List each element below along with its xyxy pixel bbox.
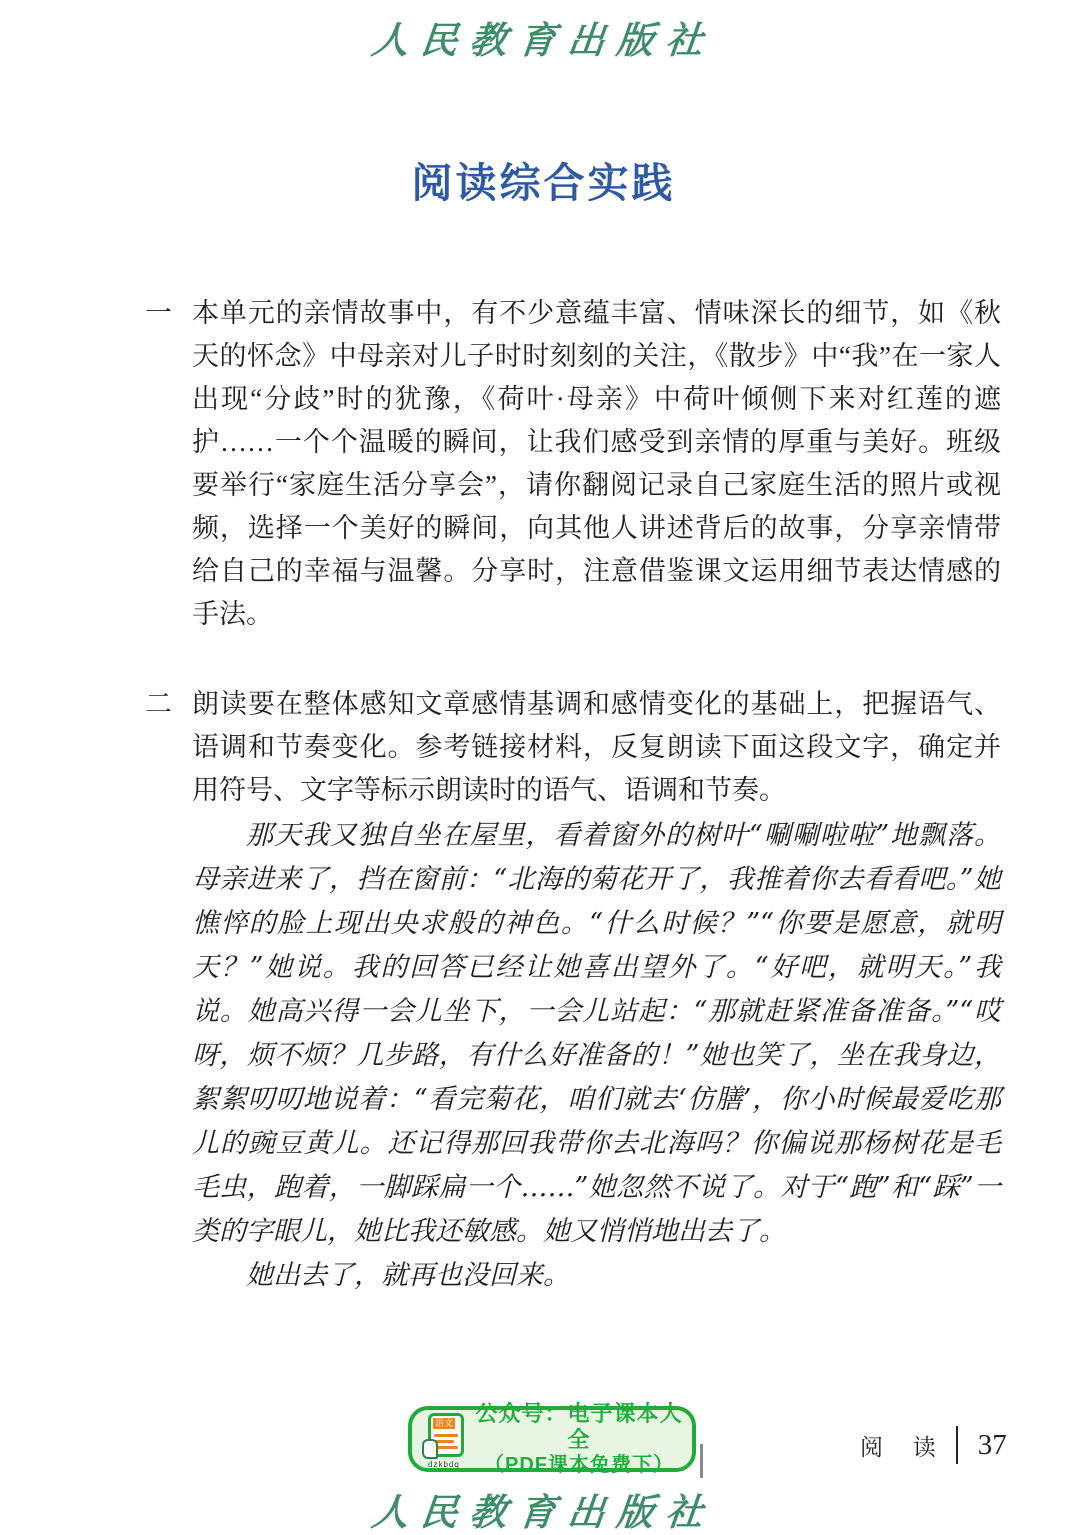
badge-text: 公众号：电子课本大全 （PDF课本免费下） — [472, 1401, 692, 1477]
icon-caption: dzkbdq — [428, 1460, 460, 1469]
reading-excerpt: 那天我又独自坐在屋里，看着窗外的树叶“唰唰啦啦”地飘落。母亲进来了，挡在窗前：“… — [192, 814, 1001, 1298]
exercise-one-text: 本单元的亲情故事中，有不少意蕴丰富、情味深长的细节，如《秋天的怀念》中母亲对儿子… — [192, 292, 1001, 636]
footer-divider-bar — [956, 1426, 958, 1464]
badge-subtitle-line: （PDF课本免费下） — [472, 1453, 686, 1477]
exercise-two-text: 朗读要在整体感知文章感情基调和感情变化的基础上，把握语气、语调和节奏变化。参考链… — [192, 683, 1001, 812]
page-content: 一 本单元的亲情故事中，有不少意蕴丰富、情味深长的细节，如《秋天的怀念》中母亲对… — [145, 292, 1001, 1298]
wechat-account-badge: 语文 dzkbdq 公众号：电子课本大全 （PDF课本免费下） — [408, 1406, 696, 1472]
publisher-logo-top: 人民教育出版社 — [0, 10, 1087, 64]
exercise-two-number: 二 — [145, 683, 192, 1298]
hand-icon — [422, 1439, 438, 1459]
footer-page-number: 37 — [978, 1429, 1007, 1462]
exercise-one-number: 一 — [145, 292, 192, 636]
footer-section-label: 阅 读 — [860, 1429, 948, 1462]
publisher-logo-bottom: 人民教育出版社 — [0, 1482, 1087, 1535]
icon-text-line — [434, 1434, 458, 1437]
badge-account-line: 公众号：电子课本大全 — [472, 1401, 686, 1453]
textbook-page: 人民教育出版社 阅读综合实践 一 本单元的亲情故事中，有不少意蕴丰富、情味深长的… — [0, 0, 1087, 1535]
page-footer: 阅 读 37 — [860, 1426, 1007, 1464]
exercise-two: 二 朗读要在整体感知文章感情基调和感情变化的基础上，把握语气、语调和节奏变化。参… — [145, 683, 1001, 1298]
exercise-one: 一 本单元的亲情故事中，有不少意蕴丰富、情味深长的细节，如《秋天的怀念》中母亲对… — [145, 292, 1001, 636]
divider-line — [700, 1444, 703, 1478]
excerpt-paragraph-1: 那天我又独自坐在屋里，看着窗外的树叶“唰唰啦啦”地飘落。母亲进来了，挡在窗前：“… — [192, 814, 1001, 1254]
icon-book-label: 语文 — [433, 1418, 455, 1429]
ebook-hand-icon: 语文 dzkbdq — [420, 1411, 472, 1467]
page-title: 阅读综合实践 — [0, 150, 1087, 209]
excerpt-paragraph-2: 她出去了，就再也没回来。 — [192, 1254, 1001, 1298]
